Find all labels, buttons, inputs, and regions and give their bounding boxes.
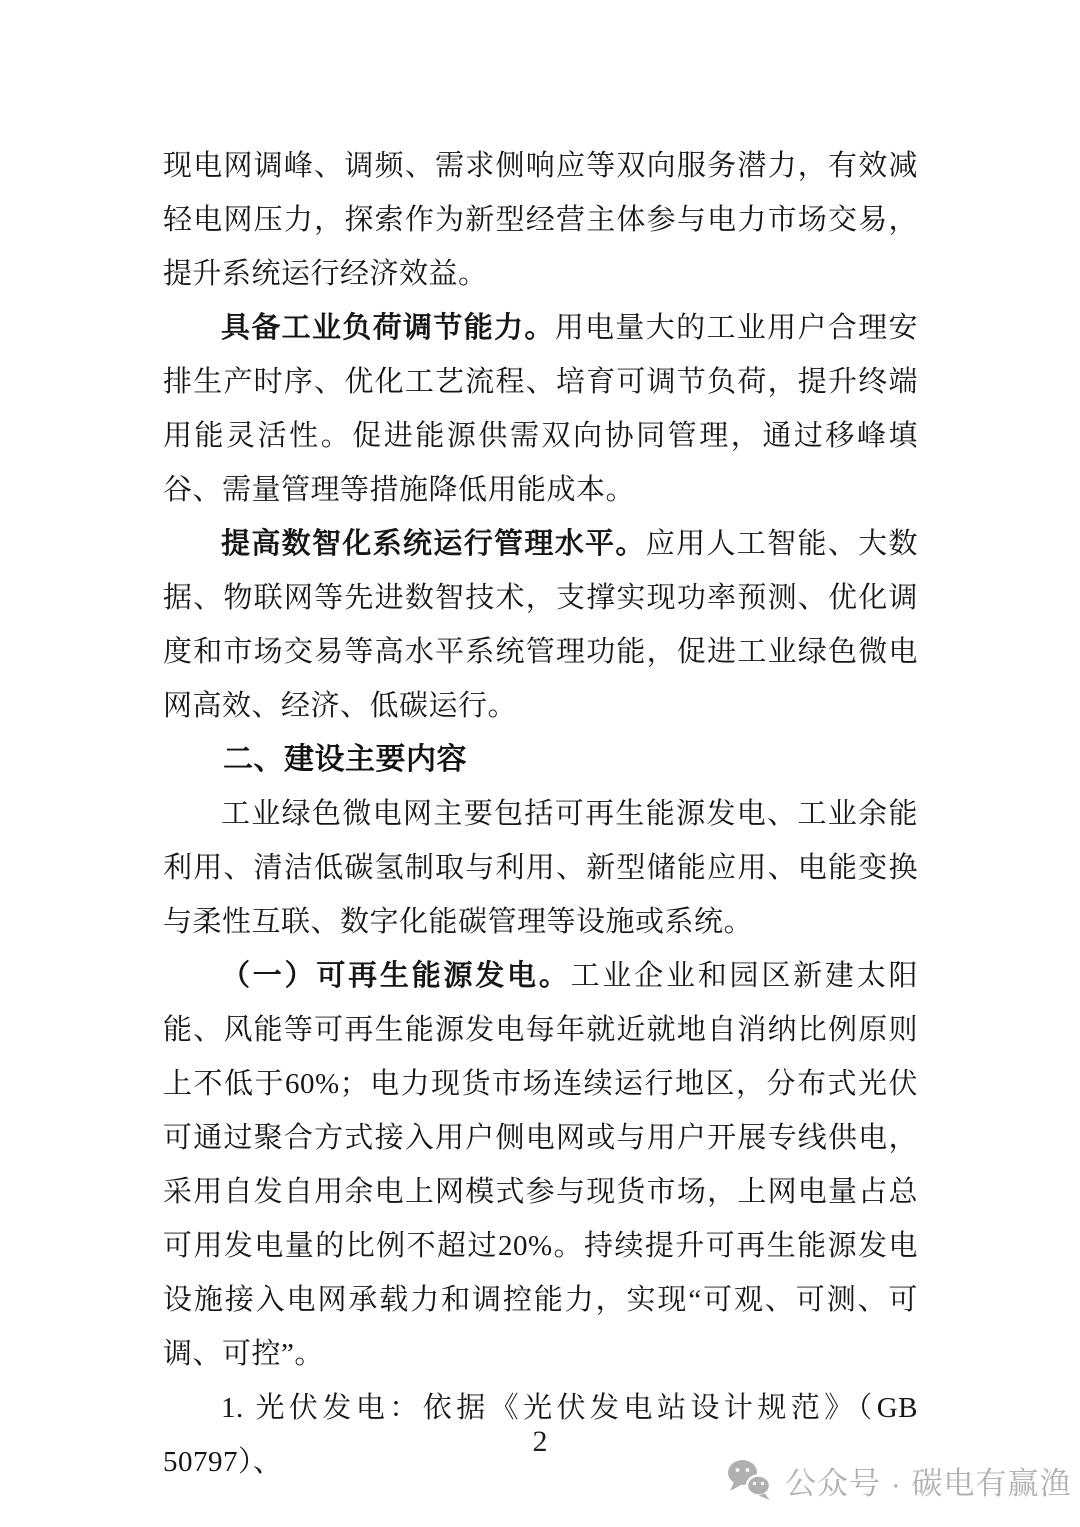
paragraph: 具备工业负荷调节能力。用电量大的工业用户合理安排生产时序、优化工艺流程、培育可调… <box>163 301 918 517</box>
watermark: 公众号 · 碳电有赢渔 <box>727 1456 1072 1504</box>
paragraph-text: 工业绿色微电网主要包括可再生能源发电、工业余能利用、清洁低碳氢制取与利用、新型储… <box>163 798 918 938</box>
wechat-icon <box>727 1459 773 1501</box>
document-page: 现电网调峰、调频、需求侧响应等双向服务潜力，有效减轻电网压力，探索作为新型经营主… <box>0 0 1080 1527</box>
paragraph: 现电网调峰、调频、需求侧响应等双向服务潜力，有效减轻电网压力，探索作为新型经营主… <box>163 139 918 301</box>
paragraph-text: 工业企业和园区新建太阳能、风能等可再生能源发电每年就近就地自消纳比例原则上不低于… <box>163 960 918 1370</box>
paragraph-bold-lead: 提高数智化系统运行管理水平。 <box>221 528 646 560</box>
paragraph: 工业绿色微电网主要包括可再生能源发电、工业余能利用、清洁低碳氢制取与利用、新型储… <box>163 787 918 949</box>
paragraph: 提高数智化系统运行管理水平。应用人工智能、大数据、物联网等先进数智技术，支撑实现… <box>163 517 918 733</box>
page-number: 2 <box>0 1424 1080 1460</box>
section-heading: 二、建设主要内容 <box>163 733 918 787</box>
paragraph-text: 现电网调峰、调频、需求侧响应等双向服务潜力，有效减轻电网压力，探索作为新型经营主… <box>163 150 918 290</box>
watermark-text: 公众号 · 碳电有赢渔 <box>785 1458 1072 1503</box>
paragraph-bold-lead: 具备工业负荷调节能力。 <box>221 312 555 344</box>
paragraph: （一）可再生能源发电。工业企业和园区新建太阳能、风能等可再生能源发电每年就近就地… <box>163 949 918 1381</box>
document-body: 现电网调峰、调频、需求侧响应等双向服务潜力，有效减轻电网压力，探索作为新型经营主… <box>163 139 918 1489</box>
paragraph-bold-lead: （一）可再生能源发电。 <box>221 960 571 992</box>
